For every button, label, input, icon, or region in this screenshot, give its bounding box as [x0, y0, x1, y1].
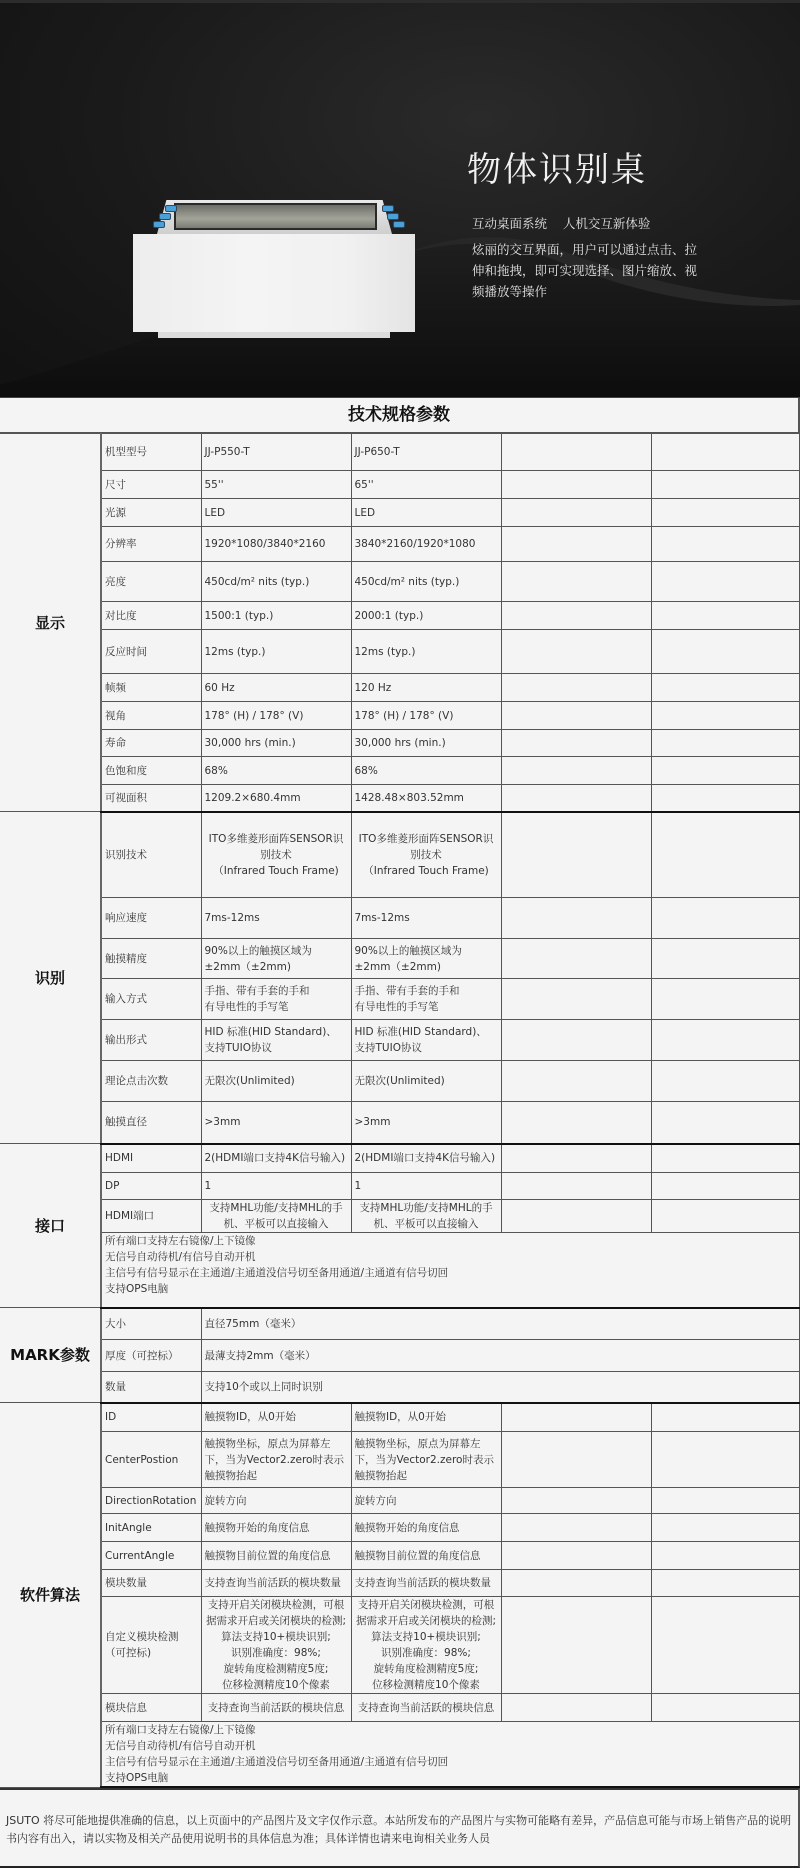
row-label: 寿命: [101, 730, 201, 757]
value-model-b: 90%以上的触摸区域为±2mm（±2mm): [351, 939, 501, 979]
empty-cell: [651, 1144, 800, 1173]
value-model-a: 2(HDMI端口支持4K信号输入): [201, 1144, 351, 1173]
value-model-b: 3840*2160/1920*1080: [351, 527, 501, 562]
row-label: 帧频: [101, 674, 201, 702]
spec-row: 亮度450cd/m² nits (typ.)450cd/m² nits (typ…: [0, 562, 800, 602]
spec-row: 触摸直径>3mm>3mm: [0, 1102, 800, 1144]
value-model-a: 无限次(Unlimited): [201, 1061, 351, 1102]
hero-banner: 物体识别桌 互动桌面系统 人机交互新体验 炫丽的交互界面，用户可以通过点击、拉伸…: [0, 0, 800, 397]
spec-row: 厚度（可控标）最薄支持2mm（毫米）: [0, 1340, 800, 1372]
spec-row: 理论点击次数无限次(Unlimited)无限次(Unlimited): [0, 1061, 800, 1102]
row-label: 大小: [101, 1308, 201, 1340]
empty-cell: [651, 1432, 800, 1488]
value-model-a: 触摸物目前位置的角度信息: [201, 1542, 351, 1570]
empty-cell: [501, 562, 651, 602]
value-model-a: 450cd/m² nits (typ.): [201, 562, 351, 602]
row-label: 可视面积: [101, 785, 201, 812]
value-model-b: 触摸物目前位置的角度信息: [351, 1542, 501, 1570]
spec-row: 显示机型型号JJ-P550-TJJ-P650-T: [0, 434, 800, 471]
empty-cell: [651, 1020, 800, 1061]
empty-cell: [501, 702, 651, 730]
empty-cell: [501, 730, 651, 757]
row-label: 光源: [101, 499, 201, 527]
row-label: 色饱和度: [101, 757, 201, 785]
spec-row: 模块信息支持查询当前活跃的模块信息支持查询当前活跃的模块信息: [0, 1694, 800, 1722]
value-model-b: 12ms (typ.): [351, 630, 501, 674]
empty-cell: [501, 1403, 651, 1432]
row-label: 响应速度: [101, 898, 201, 939]
empty-cell: [501, 1061, 651, 1102]
value-model-a: 1920*1080/3840*2160: [201, 527, 351, 562]
spec-row: CurrentAngle触摸物目前位置的角度信息触摸物目前位置的角度信息: [0, 1542, 800, 1570]
value-model-b: 支持查询当前活跃的模块信息: [351, 1694, 501, 1722]
spec-row: 光源LEDLED: [0, 499, 800, 527]
spec-row: 反应时间12ms (typ.)12ms (typ.): [0, 630, 800, 674]
empty-cell: [501, 471, 651, 499]
empty-cell: [651, 730, 800, 757]
value-model-a: 68%: [201, 757, 351, 785]
note-line: 无信号自动待机/有信号自动开机: [105, 1249, 796, 1265]
value-model-b: 旋转方向: [351, 1488, 501, 1514]
empty-cell: [651, 674, 800, 702]
empty-cell: [501, 1542, 651, 1570]
spec-row: 接口HDMI2(HDMI端口支持4K信号输入)2(HDMI端口支持4K信号输入): [0, 1144, 800, 1173]
empty-cell: [651, 1403, 800, 1432]
value-model-b: 支持查询当前活跃的模块数量: [351, 1570, 501, 1597]
value-model-a: 旋转方向: [201, 1488, 351, 1514]
empty-cell: [501, 1200, 651, 1233]
empty-cell: [501, 1694, 651, 1722]
value-model-a: 1: [201, 1173, 351, 1200]
value-model-b: 2(HDMI端口支持4K信号输入): [351, 1144, 501, 1173]
spec-row: 视角178° (H) / 178° (V)178° (H) / 178° (V): [0, 702, 800, 730]
empty-cell: [501, 674, 651, 702]
value-model-b: 无限次(Unlimited): [351, 1061, 501, 1102]
value-model-b: LED: [351, 499, 501, 527]
mark-value: 最薄支持2mm（毫米）: [201, 1340, 800, 1372]
note-line: 支持OPS电脑: [105, 1770, 796, 1786]
row-label: 模块数量: [101, 1570, 201, 1597]
value-model-b: 触摸物坐标，原点为屏幕左下，当为Vector2.zero时表示触摸物抬起: [351, 1432, 501, 1488]
empty-cell: [501, 602, 651, 630]
value-model-a: 触摸物坐标，原点为屏幕左下，当为Vector2.zero时表示触摸物抬起: [201, 1432, 351, 1488]
value-model-a: 支持MHL功能/支持MHL的手机、平板可以直接输入: [201, 1200, 351, 1233]
hero-subtitle: 互动桌面系统 人机交互新体验: [472, 214, 650, 232]
value-model-a: 55'': [201, 471, 351, 499]
hero-description: 炫丽的交互界面，用户可以通过点击、拉伸和拖拽，即可实现选择、图片缩放、视频播放等…: [472, 239, 702, 302]
row-label: DP: [101, 1173, 201, 1200]
mark-value: 直径75mm（毫米）: [201, 1308, 800, 1340]
empty-cell: [501, 1514, 651, 1542]
value-model-a: 1209.2×680.4mm: [201, 785, 351, 812]
empty-cell: [651, 471, 800, 499]
note-line: 支持OPS电脑: [105, 1281, 796, 1297]
row-label: 对比度: [101, 602, 201, 630]
value-model-a: LED: [201, 499, 351, 527]
row-label: 亮度: [101, 562, 201, 602]
value-model-a: 支持查询当前活跃的模块数量: [201, 1570, 351, 1597]
spec-title: 技术规格参数: [0, 398, 800, 433]
empty-cell: [501, 939, 651, 979]
spec-section: 技术规格参数 显示机型型号JJ-P550-TJJ-P650-T尺寸55''65'…: [0, 397, 800, 1868]
spec-row: MARK参数大小直径75mm（毫米）: [0, 1308, 800, 1340]
empty-cell: [651, 527, 800, 562]
value-model-b: 触摸物开始的角度信息: [351, 1514, 501, 1542]
value-model-a: 支持查询当前活跃的模块信息: [201, 1694, 351, 1722]
disclaimer: JSUTO 将尽可能地提供准确的信息，以上页面中的产品图片及文字仅作示意。本站所…: [0, 1788, 800, 1868]
spec-row: DirectionRotation旋转方向旋转方向: [0, 1488, 800, 1514]
row-label: CurrentAngle: [101, 1542, 201, 1570]
empty-cell: [501, 1432, 651, 1488]
empty-cell: [501, 1570, 651, 1597]
value-model-b: 1: [351, 1173, 501, 1200]
row-label: 输入方式: [101, 979, 201, 1020]
spec-row: InitAngle触摸物开始的角度信息触摸物开始的角度信息: [0, 1514, 800, 1542]
row-label: 分辨率: [101, 527, 201, 562]
spec-row: 色饱和度68%68%: [0, 757, 800, 785]
empty-cell: [651, 434, 800, 471]
section-label-software: 软件算法: [0, 1403, 101, 1788]
empty-cell: [651, 1542, 800, 1570]
note-line: 所有端口支持左右镜像/上下镜像: [105, 1722, 796, 1738]
value-model-b: 2000:1 (typ.): [351, 602, 501, 630]
value-model-a: 1500:1 (typ.): [201, 602, 351, 630]
empty-cell: [651, 1102, 800, 1144]
value-model-a: HID 标准(HID Standard)、 支持TUIO协议: [201, 1020, 351, 1061]
note-line: 无信号自动待机/有信号自动开机: [105, 1738, 796, 1754]
spec-row: 自定义模块检测（可控标)支持开启关闭模块检测，可根据需求开启或关闭模块的检测; …: [0, 1597, 800, 1694]
row-label: 厚度（可控标）: [101, 1340, 201, 1372]
notes-cell: 所有端口支持左右镜像/上下镜像无信号自动待机/有信号自动开机主信号有信号显示在主…: [101, 1233, 800, 1308]
row-label: 触摸精度: [101, 939, 201, 979]
row-label: 理论点击次数: [101, 1061, 201, 1102]
spec-row: DP11: [0, 1173, 800, 1200]
value-model-b: 178° (H) / 178° (V): [351, 702, 501, 730]
value-model-b: ITO多维菱形面阵SENSOR识别技术 （Infrared Touch Fram…: [351, 812, 501, 898]
section-label-mark: MARK参数: [0, 1308, 101, 1403]
row-label: 机型型号: [101, 434, 201, 471]
empty-cell: [651, 898, 800, 939]
empty-cell: [651, 1570, 800, 1597]
empty-cell: [651, 1694, 800, 1722]
empty-cell: [651, 1488, 800, 1514]
value-model-b: HID 标准(HID Standard)、 支持TUIO协议: [351, 1020, 501, 1061]
empty-cell: [651, 939, 800, 979]
row-label: 识别技术: [101, 812, 201, 898]
row-label: 模块信息: [101, 1694, 201, 1722]
empty-cell: [501, 1173, 651, 1200]
value-model-b: 68%: [351, 757, 501, 785]
empty-cell: [501, 1488, 651, 1514]
spec-row: 触摸精度90%以上的触摸区域为±2mm（±2mm)90%以上的触摸区域为±2mm…: [0, 939, 800, 979]
value-model-b: 支持MHL功能/支持MHL的手机、平板可以直接输入: [351, 1200, 501, 1233]
spec-row: 可视面积1209.2×680.4mm1428.48×803.52mm: [0, 785, 800, 812]
empty-cell: [651, 1597, 800, 1694]
empty-cell: [501, 785, 651, 812]
empty-cell: [501, 1020, 651, 1061]
empty-cell: [501, 1102, 651, 1144]
empty-cell: [501, 630, 651, 674]
value-model-b: >3mm: [351, 1102, 501, 1144]
empty-cell: [501, 527, 651, 562]
spec-table: 显示机型型号JJ-P550-TJJ-P650-T尺寸55''65''光源LEDL…: [0, 433, 800, 1788]
value-model-a: ITO多维菱形面阵SENSOR识别技术 （Infrared Touch Fram…: [201, 812, 351, 898]
value-model-a: 60 Hz: [201, 674, 351, 702]
spec-row: HDMI端口支持MHL功能/支持MHL的手机、平板可以直接输入支持MHL功能/支…: [0, 1200, 800, 1233]
row-label: HDMI端口: [101, 1200, 201, 1233]
empty-cell: [651, 979, 800, 1020]
value-model-b: 450cd/m² nits (typ.): [351, 562, 501, 602]
empty-cell: [651, 785, 800, 812]
spec-row: 识别识别技术ITO多维菱形面阵SENSOR识别技术 （Infrared Touc…: [0, 812, 800, 898]
value-model-a: 支持开启关闭模块检测，可根据需求开启或关闭模块的检测; 算法支持10+模块识别;…: [201, 1597, 351, 1694]
value-model-a: 90%以上的触摸区域为±2mm（±2mm): [201, 939, 351, 979]
row-label: 数量: [101, 1372, 201, 1403]
empty-cell: [651, 757, 800, 785]
spec-row: 数量支持10个或以上同时识别: [0, 1372, 800, 1403]
empty-cell: [651, 1061, 800, 1102]
value-model-a: JJ-P550-T: [201, 434, 351, 471]
value-model-b: 7ms-12ms: [351, 898, 501, 939]
section-label-display: 显示: [0, 434, 101, 812]
empty-cell: [501, 812, 651, 898]
value-model-a: 7ms-12ms: [201, 898, 351, 939]
product-image-table: [133, 200, 415, 340]
value-model-a: 手指、带有手套的手和 有导电性的手写笔: [201, 979, 351, 1020]
section-label-recognition: 识别: [0, 812, 101, 1144]
notes-row: 所有端口支持左右镜像/上下镜像无信号自动待机/有信号自动开机主信号有信号显示在主…: [0, 1722, 800, 1788]
value-model-b: 120 Hz: [351, 674, 501, 702]
row-label: 触摸直径: [101, 1102, 201, 1144]
value-model-a: 触摸物开始的角度信息: [201, 1514, 351, 1542]
empty-cell: [651, 562, 800, 602]
empty-cell: [501, 757, 651, 785]
empty-cell: [651, 630, 800, 674]
note-line: 主信号有信号显示在主通道/主通道没信号切至备用通道/主通道有信号切回: [105, 1265, 796, 1281]
value-model-a: >3mm: [201, 1102, 351, 1144]
empty-cell: [651, 499, 800, 527]
spec-row: 响应速度7ms-12ms7ms-12ms: [0, 898, 800, 939]
row-label: CenterPostion: [101, 1432, 201, 1488]
spec-row: 模块数量支持查询当前活跃的模块数量支持查询当前活跃的模块数量: [0, 1570, 800, 1597]
row-label: HDMI: [101, 1144, 201, 1173]
section-label-interface: 接口: [0, 1144, 101, 1308]
row-label: 视角: [101, 702, 201, 730]
spec-row: CenterPostion触摸物坐标，原点为屏幕左下，当为Vector2.zer…: [0, 1432, 800, 1488]
empty-cell: [501, 979, 651, 1020]
spec-row: 软件算法ID触摸物ID，从0开始触摸物ID，从0开始: [0, 1403, 800, 1432]
value-model-b: 支持开启关闭模块检测，可根据需求开启或关闭模块的检测; 算法支持10+模块识别;…: [351, 1597, 501, 1694]
row-label: DirectionRotation: [101, 1488, 201, 1514]
empty-cell: [651, 702, 800, 730]
empty-cell: [651, 1514, 800, 1542]
value-model-b: 65'': [351, 471, 501, 499]
empty-cell: [501, 499, 651, 527]
value-model-b: JJ-P650-T: [351, 434, 501, 471]
row-label: InitAngle: [101, 1514, 201, 1542]
value-model-b: 手指、带有手套的手和 有导电性的手写笔: [351, 979, 501, 1020]
hero-title: 物体识别桌: [467, 142, 647, 191]
empty-cell: [651, 1173, 800, 1200]
value-model-b: 触摸物ID，从0开始: [351, 1403, 501, 1432]
empty-cell: [651, 602, 800, 630]
row-label: 尺寸: [101, 471, 201, 499]
note-line: 主信号有信号显示在主通道/主通道没信号切至备用通道/主通道有信号切回: [105, 1754, 796, 1770]
row-label: 反应时间: [101, 630, 201, 674]
value-model-b: 30,000 hrs (min.): [351, 730, 501, 757]
spec-row: 分辨率1920*1080/3840*21603840*2160/1920*108…: [0, 527, 800, 562]
note-line: 所有端口支持左右镜像/上下镜像: [105, 1233, 796, 1249]
row-label: 自定义模块检测（可控标): [101, 1597, 201, 1694]
spec-row: 输入方式手指、带有手套的手和 有导电性的手写笔手指、带有手套的手和 有导电性的手…: [0, 979, 800, 1020]
mark-value: 支持10个或以上同时识别: [201, 1372, 800, 1403]
row-label: 输出形式: [101, 1020, 201, 1061]
value-model-a: 触摸物ID，从0开始: [201, 1403, 351, 1432]
value-model-a: 178° (H) / 178° (V): [201, 702, 351, 730]
empty-cell: [501, 1597, 651, 1694]
product-screen: [174, 203, 377, 230]
spec-row: 尺寸55''65'': [0, 471, 800, 499]
spec-row: 输出形式HID 标准(HID Standard)、 支持TUIO协议HID 标准…: [0, 1020, 800, 1061]
empty-cell: [651, 812, 800, 898]
row-label: ID: [101, 1403, 201, 1432]
empty-cell: [501, 434, 651, 471]
empty-cell: [501, 1144, 651, 1173]
spec-row: 寿命30,000 hrs (min.)30,000 hrs (min.): [0, 730, 800, 757]
empty-cell: [501, 898, 651, 939]
value-model-b: 1428.48×803.52mm: [351, 785, 501, 812]
value-model-a: 12ms (typ.): [201, 630, 351, 674]
notes-row: 所有端口支持左右镜像/上下镜像无信号自动待机/有信号自动开机主信号有信号显示在主…: [0, 1233, 800, 1308]
notes-cell: 所有端口支持左右镜像/上下镜像无信号自动待机/有信号自动开机主信号有信号显示在主…: [101, 1722, 800, 1788]
value-model-a: 30,000 hrs (min.): [201, 730, 351, 757]
empty-cell: [651, 1200, 800, 1233]
spec-row: 帧频60 Hz120 Hz: [0, 674, 800, 702]
spec-row: 对比度1500:1 (typ.)2000:1 (typ.): [0, 602, 800, 630]
